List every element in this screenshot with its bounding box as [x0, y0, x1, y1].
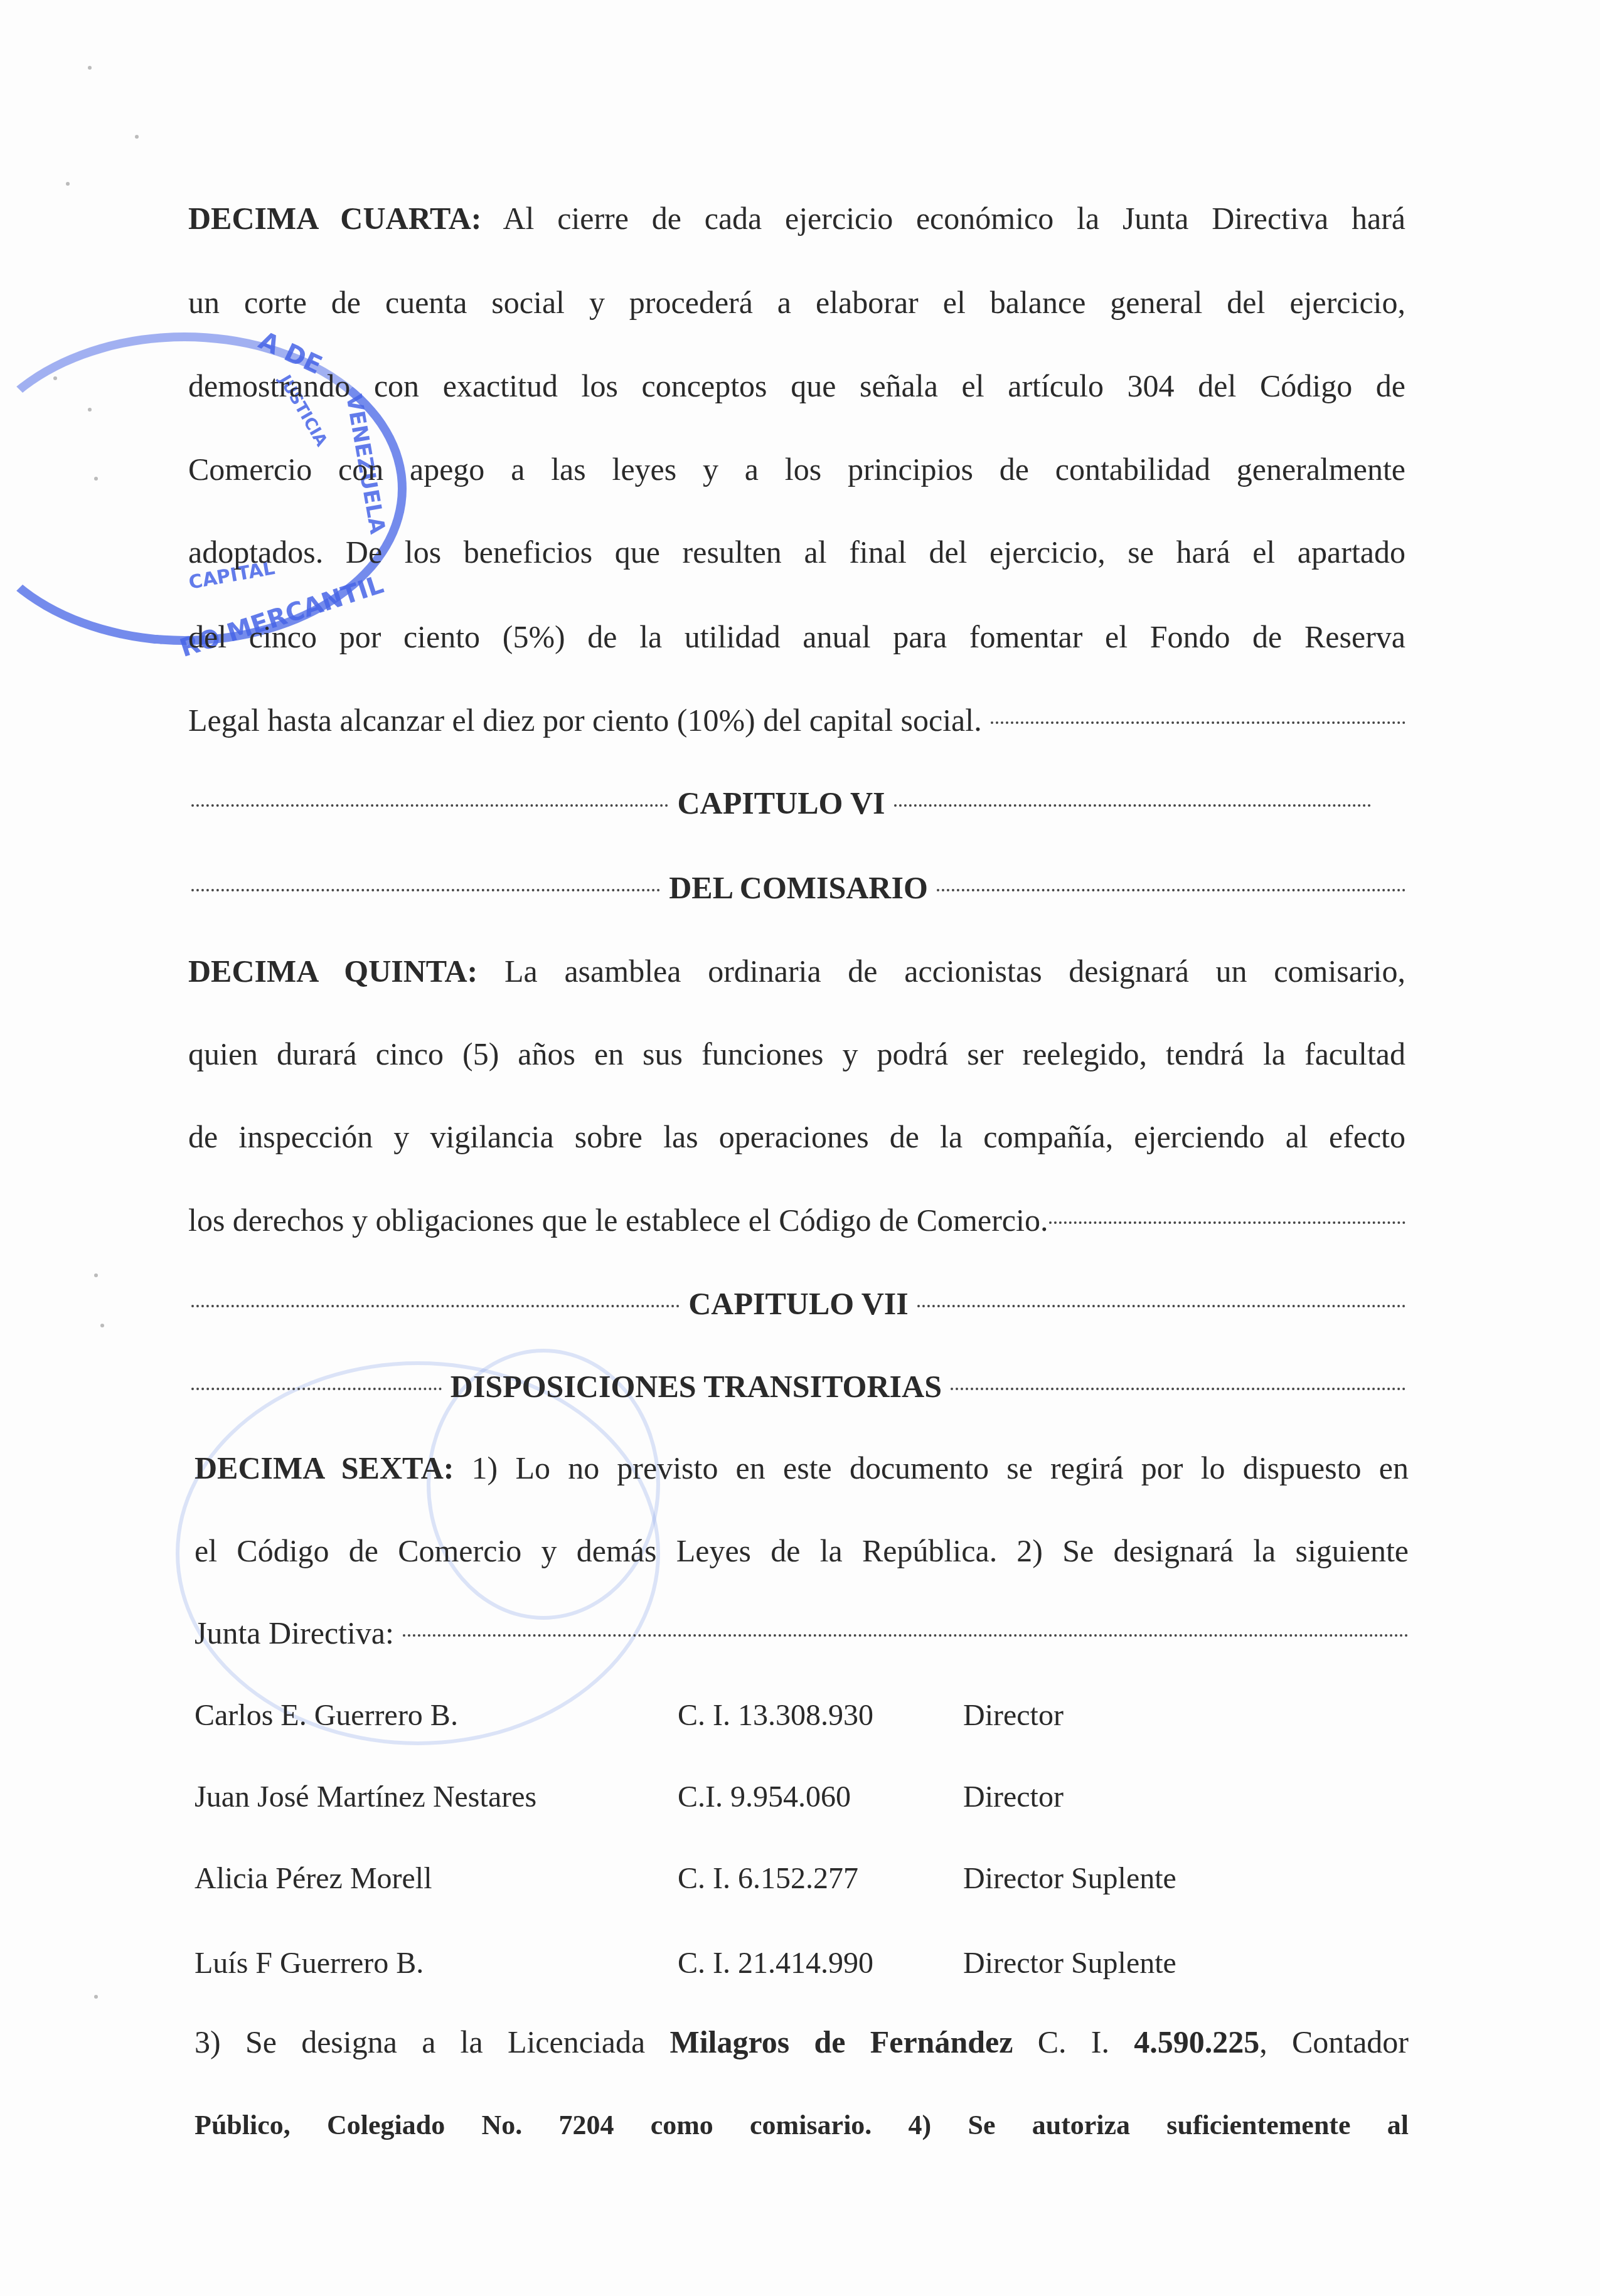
scan-speck — [94, 1273, 98, 1277]
comisario-pre: 3) Se designa a la Licenciada — [195, 2024, 669, 2059]
heading-text: DISPOSICIONES TRANSITORIAS — [451, 1368, 942, 1405]
clause-decima-quinta-line-4: los derechos y obligaciones que le estab… — [188, 1201, 1405, 1239]
heading-text: CAPITULO VI — [677, 784, 885, 822]
clause-decima-cuarta-line-1: DECIMA CUARTA: Al cierre de cada ejercic… — [188, 199, 1405, 237]
clause-text: Legal hasta alcanzar el diez por ciento … — [188, 701, 982, 739]
director-name: Carlos E. Guerrero B. — [195, 1697, 458, 1735]
dash-filler — [191, 1388, 442, 1390]
director-role: Director — [963, 1697, 1064, 1735]
scan-speck — [88, 408, 92, 412]
heading-capitulo-vii: CAPITULO VII — [191, 1285, 1405, 1322]
comisario-line-1: 3) Se designa a la Licenciada Milagros d… — [195, 2023, 1409, 2061]
director-ci: C. I. 13.308.930 — [678, 1697, 873, 1735]
scan-speck — [94, 1995, 98, 1999]
clause-label: DECIMA SEXTA: — [195, 1450, 454, 1485]
director-name: Juan José Martínez Nestares — [195, 1778, 536, 1816]
clause-label: DECIMA QUINTA: — [188, 954, 477, 989]
comisario-line-2: Público, Colegiado No. 7204 como comisar… — [195, 2107, 1409, 2144]
director-role: Director — [963, 1778, 1064, 1816]
scan-speck — [135, 135, 139, 139]
clause-decima-cuarta-line-4: Comercio con apego a las leyes y a los p… — [188, 450, 1405, 488]
clause-decima-quinta-line-2: quien durará cinco (5) años en sus funci… — [188, 1035, 1405, 1073]
clause-decima-sexta-line-1: DECIMA SEXTA: 1) Lo no previsto en este … — [195, 1449, 1409, 1487]
document-page: A DE VENEZUELA JUSTICIA CAPITAL RO MERCA… — [0, 0, 1600, 2296]
clause-text: 1) Lo no previsto en este documento se r… — [454, 1450, 1409, 1485]
dash-filler — [894, 804, 1371, 807]
clause-text: Junta Directiva: — [195, 1614, 394, 1652]
director-ci: C.I. 9.954.060 — [678, 1778, 851, 1816]
director-ci: C. I. 6.152.277 — [678, 1860, 858, 1898]
comisario-ci-label: C. I. — [1013, 2024, 1134, 2059]
clause-decima-cuarta-line-5: adoptados. De los beneficios que resulte… — [188, 533, 1405, 571]
heading-del-comisario: DEL COMISARIO — [191, 869, 1405, 906]
clause-decima-cuarta-line-3: demostrando con exactitud los conceptos … — [188, 367, 1405, 405]
dash-filler — [917, 1305, 1405, 1307]
dash-filler — [191, 804, 668, 807]
director-name: Luís F Guerrero B. — [195, 1945, 424, 1982]
clause-text: los derechos y obligaciones que le estab… — [188, 1201, 1048, 1239]
clause-text: Al cierre de cada ejercicio económico la… — [481, 201, 1405, 236]
dash-filler — [403, 1634, 1409, 1637]
dash-filler — [191, 889, 660, 891]
clause-text: La asamblea ordinaria de accionistas des… — [477, 954, 1405, 989]
scan-speck — [66, 182, 70, 186]
heading-text: CAPITULO VII — [688, 1285, 909, 1322]
comisario-ci: 4.590.225 — [1134, 2024, 1259, 2059]
dash-filler — [991, 721, 1405, 724]
comisario-post: , Contador — [1259, 2024, 1409, 2059]
scan-speck — [94, 477, 98, 481]
director-ci: C. I. 21.414.990 — [678, 1945, 873, 1982]
clause-decima-cuarta-line-6: del cinco por ciento (5%) de la utilidad… — [188, 618, 1405, 656]
director-name: Alicia Pérez Morell — [195, 1860, 432, 1898]
heading-disposiciones-transitorias: DISPOSICIONES TRANSITORIAS — [191, 1368, 1405, 1405]
director-role: Director Suplente — [963, 1860, 1176, 1898]
clause-decima-quinta-line-3: de inspección y vigilancia sobre las ope… — [188, 1118, 1405, 1156]
clause-decima-cuarta-line-7: Legal hasta alcanzar el diez por ciento … — [188, 701, 1405, 739]
scan-speck — [53, 376, 57, 380]
clause-decima-cuarta-line-2: un corte de cuenta social y procederá a … — [188, 284, 1405, 321]
dash-filler — [1049, 1221, 1405, 1224]
scan-speck — [88, 66, 92, 70]
clause-label: DECIMA CUARTA: — [188, 201, 481, 236]
scan-speck — [100, 1324, 104, 1327]
clause-decima-sexta-line-2: el Código de Comercio y demás Leyes de l… — [195, 1532, 1409, 1570]
heading-capitulo-vi: CAPITULO VI — [191, 784, 1371, 822]
heading-text: DEL COMISARIO — [669, 869, 928, 906]
comisario-name: Milagros de Fernández — [669, 2024, 1013, 2059]
dash-filler — [191, 1305, 680, 1307]
dash-filler — [951, 1388, 1405, 1390]
clause-decima-sexta-line-3: Junta Directiva: — [195, 1614, 1409, 1652]
director-role: Director Suplente — [963, 1945, 1176, 1982]
clause-decima-quinta-line-1: DECIMA QUINTA: La asamblea ordinaria de … — [188, 952, 1405, 990]
dash-filler — [937, 889, 1405, 891]
